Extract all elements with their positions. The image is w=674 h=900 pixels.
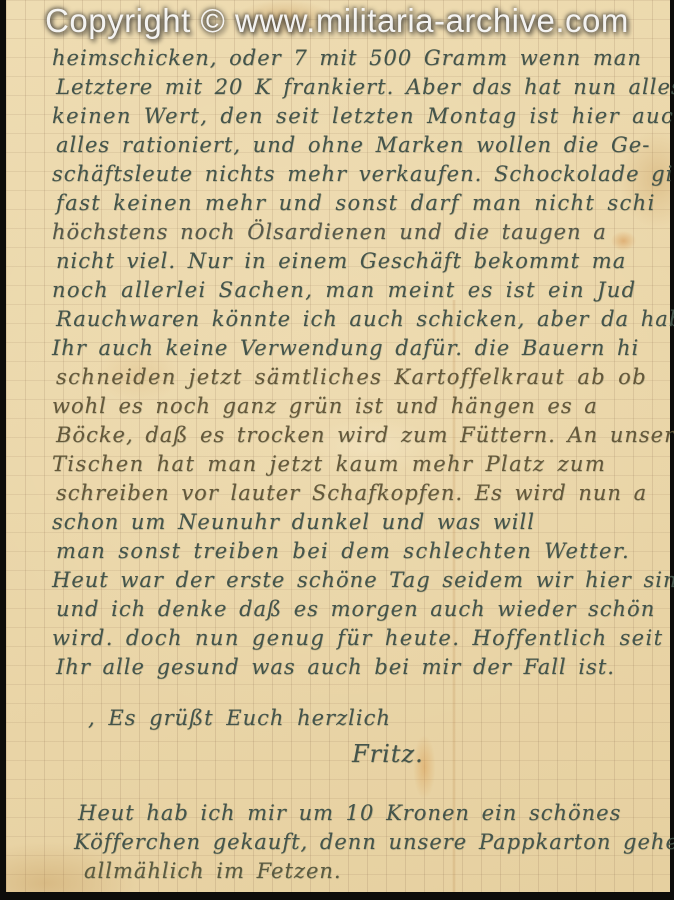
letter-line: Letztere mit 20 K frankiert. Aber das ha…	[56, 73, 674, 102]
letter-line: schneiden jetzt sämtliches Kartoffelkrau…	[56, 363, 674, 392]
letter-line: schäftsleute nichts mehr verkaufen. Scho…	[52, 160, 674, 189]
scanned-letter-page: Copyright © www.militaria-archive.com he…	[0, 0, 674, 900]
letter-line: höchstens noch Ölsardienen und die tauge…	[52, 218, 674, 247]
letter-line: heimschicken, oder 7 mit 500 Gramm wenn …	[52, 44, 674, 73]
letter-line: alles rationiert, und ohne Marken wollen…	[56, 131, 674, 160]
letter-line: Rauchwaren könnte ich auch schicken, abe…	[56, 305, 674, 334]
letter-line: Heut war der erste schöne Tag seidem wir…	[52, 566, 674, 595]
letter-line: Tischen hat man jetzt kaum mehr Platz zu…	[52, 450, 674, 479]
postscript-line: Köfferchen gekauft, denn unsere Pappkart…	[74, 828, 674, 857]
letter-line: fast keinen mehr und sonst darf man nich…	[56, 189, 674, 218]
postscript-line: Heut hab ich mir um 10 Kronen ein schöne…	[78, 799, 674, 828]
letter-body: heimschicken, oder 7 mit 500 Gramm wenn …	[52, 44, 674, 682]
letter-line: man sonst treiben bei dem schlechten Wet…	[56, 537, 674, 566]
postscript-line: allmählich im Fetzen.	[84, 857, 674, 886]
letter-line: schon um Neunuhr dunkel und was will	[52, 508, 674, 537]
copyright-watermark: Copyright © www.militaria-archive.com	[0, 2, 674, 40]
letter-line: Ihr alle gesund was auch bei mir der Fal…	[56, 653, 674, 682]
signature: Fritz.	[352, 740, 424, 768]
letter-line: schreiben vor lauter Schafkopfen. Es wir…	[56, 479, 674, 508]
postscript-block: Heut hab ich mir um 10 Kronen ein schöne…	[78, 799, 674, 886]
letter-line: wird. doch nun genug für heute. Hoffentl…	[52, 624, 674, 653]
letter-line: wohl es noch ganz grün ist und hängen es…	[52, 392, 674, 421]
letter-line: Böcke, daß es trocken wird zum Füttern. …	[56, 421, 674, 450]
letter-line: noch allerlei Sachen, man meint es ist e…	[52, 276, 674, 305]
letter-line: nicht viel. Nur in einem Geschäft bekomm…	[56, 247, 674, 276]
closing-line: , Es grüßt Euch herzlich	[88, 706, 391, 730]
letter-line: keinen Wert, den seit letzten Montag ist…	[52, 102, 674, 131]
letter-line: Ihr auch keine Verwendung dafür. die Bau…	[52, 334, 674, 363]
letter-line: und ich denke daß es morgen auch wieder …	[56, 595, 674, 624]
